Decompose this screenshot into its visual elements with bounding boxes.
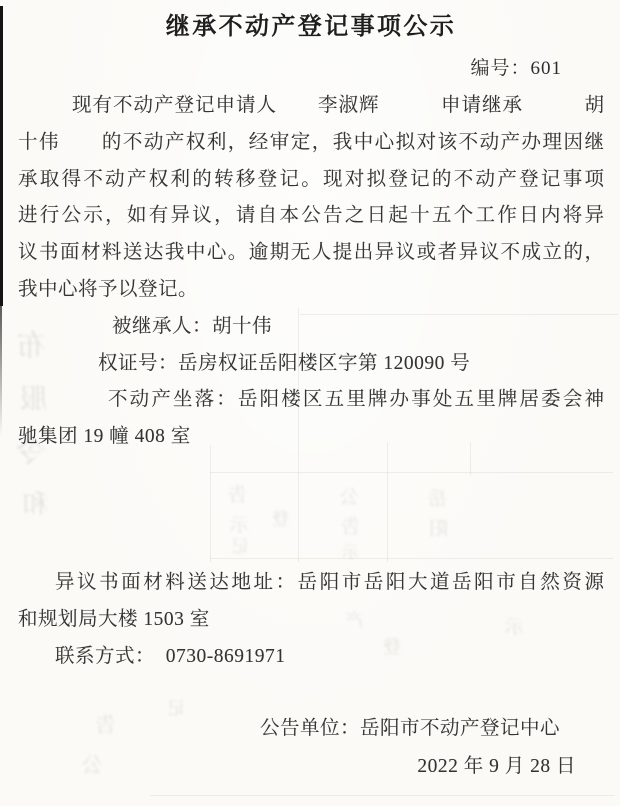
- blank-gap: [18, 675, 604, 710]
- body-line-3: 承取得不动产权利的转移登记。现对拟登记的不动产登记事项: [18, 162, 604, 199]
- notice-content: 继承不动产登记事项公示 编号：601 现有不动产登记申请人 李淑辉 申请继承 胡…: [0, 14, 620, 786]
- certificate-line: 权证号：岳房权证岳阳楼区字第 120090 号: [18, 346, 604, 383]
- issuer-line: 公告单位：岳阳市不动产登记中心: [18, 710, 604, 748]
- objection-address-line-1: 异议书面材料送达地址：岳阳市岳阳大道岳阳市自然资源: [18, 565, 604, 602]
- body-line-4: 进行公示，如有异议，请自本公告之日起十五个工作日内将异: [18, 198, 604, 235]
- body-line-1: 现有不动产登记申请人 李淑辉 申请继承 胡: [18, 88, 604, 125]
- body-line-6: 我中心将予以登记。: [18, 272, 604, 309]
- decedent-line: 被继承人：胡十伟: [18, 309, 604, 346]
- body-line-2: 十伟 的不动产权利，经审定，我中心拟对该不动产办理因继: [18, 125, 604, 162]
- notice-body: 现有不动产登记申请人 李淑辉 申请继承 胡 十伟 的不动产权利，经审定，我中心拟…: [18, 88, 604, 786]
- objection-address-line-2: 和规划局大楼 1503 室: [18, 602, 604, 639]
- location-line-2: 驰集团 19 幢 408 室: [18, 419, 604, 456]
- body-line-5: 议书面材料送达我中心。逾期无人提出异议或者异议不成立的，: [18, 235, 604, 272]
- doc-number: 编号：601: [18, 57, 604, 81]
- blank-gap: [18, 456, 604, 565]
- date-line: 2022 年 9 月 28 日: [18, 748, 604, 786]
- location-line-1: 不动产坐落：岳阳楼区五里牌办事处五里牌居委会神: [18, 382, 604, 419]
- notice-title: 继承不动产登记事项公示: [18, 14, 604, 40]
- contact-phone-line: 联系方式： 0730-8691971: [18, 639, 604, 676]
- scanned-notice-page: 布 服 令 和 告 示 记 登 公 告 示 岳 阳 产 登 示 告 公 记 继承…: [0, 0, 620, 806]
- bleedthrough-grid-line: [150, 795, 615, 796]
